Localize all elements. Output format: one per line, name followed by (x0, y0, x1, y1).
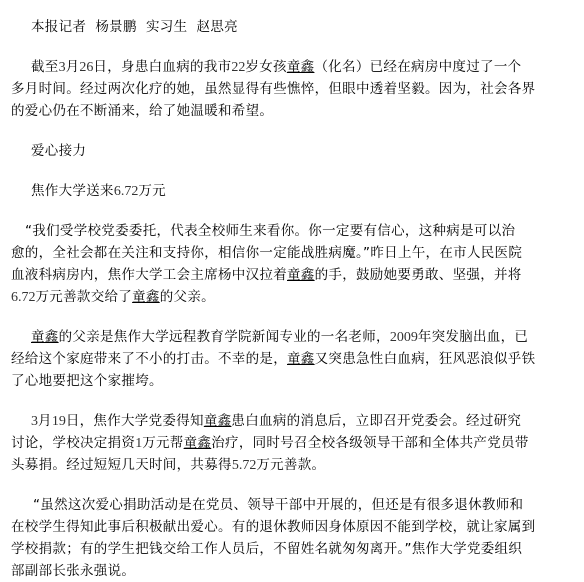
byline-text: 本报记者 杨景鹏 实习生 赵思亮 (31, 19, 238, 35)
text-line: 多月时间。经过两次化疗的她，虽然显得有些憔悴，但眼中透着坚毅。因为，社会各界 (11, 78, 535, 100)
text-segment: 日，焦作大学党委得知 (66, 413, 204, 429)
paragraph-donation: 3月19日，焦作大学党委得知童鑫患白血病的消息后，立即召开党委会。经过研究 讨论… (11, 410, 529, 476)
keyword-link-tongxin[interactable]: 童鑫 (287, 267, 315, 283)
text-line: 讨论，学校决定捐资1万元帮童鑫治疗，同时号召全校各级领导干部和全体共产党员带 (11, 432, 529, 454)
number: 6.72 (114, 184, 139, 199)
text-segment: 治疗，同时号召全校各级领导干部和全体共产党员带 (211, 435, 528, 451)
text-line: 6.72万元善款交给了童鑫的父亲。 (11, 286, 522, 308)
text-segment: 的手，鼓励她要勇敢、坚强，并将 (315, 267, 522, 283)
keyword-link-tongxin[interactable]: 童鑫 (287, 59, 315, 75)
text-line: 的爱心仍在不断涌来，给了她温暖和希望。 (11, 100, 535, 122)
paragraph-quote-official: “虽然这次爱心捐助活动是在党员、领导干部中开展的，但还是有很多退休教师和 在校学… (11, 494, 535, 582)
text-segment: 讨论，学校决定捐资 (11, 435, 135, 451)
text-segment: 万元 (138, 183, 166, 199)
paragraph-quote-visit: “我们受学校党委委托，代表全校师生来看你。你一定要有信心，这种病是可以治 愈的，… (11, 220, 522, 308)
text-segment: （化名）已经在病房中度过了一个 (314, 59, 521, 75)
section-subheading: 焦作大学送来6.72万元 (11, 180, 166, 202)
text-line: 学校捐款；有的学生把钱交给工作人员后，不留姓名就匆匆离开。”焦作大学党委组织 (11, 538, 535, 560)
text-line: 童鑫的父亲是焦作大学远程教育学院新闻专业的一名老师，2009年突发脑出血，已 (11, 326, 535, 348)
text-line: 愈的，全社会都在关注和支持你，相信你一定能战胜病魔。”昨日上午，在市人民医院 (11, 242, 522, 264)
number: 5.72 (232, 458, 257, 473)
text-segment: 焦作大学送来 (31, 183, 114, 199)
section-heading: 爱心接力 (11, 140, 86, 162)
text-line: 经给这个家庭带来了不小的打击。不幸的是，童鑫又突患急性白血病，狂风恶浪似乎铁 (11, 348, 535, 370)
keyword-link-tongxin[interactable]: 童鑫 (287, 351, 315, 367)
text-segment: 日，身患白血病的我市 (93, 59, 231, 75)
text-segment: 经给这个家庭带来了不小的打击。不幸的是， (11, 351, 287, 367)
keyword-link-tongxin[interactable]: 童鑫 (184, 435, 212, 451)
number: 26 (79, 60, 93, 75)
text-segment: 万元善款。 (256, 457, 325, 473)
text-segment: 年突发脑出血，已 (418, 329, 528, 345)
text-line: 部副部长张永强说。 (11, 560, 535, 582)
text-segment: 又突患急性白血病，狂风恶浪似乎铁 (315, 351, 536, 367)
keyword-link-tongxin[interactable]: 童鑫 (31, 329, 59, 345)
text-line: 3月19日，焦作大学党委得知童鑫患白血病的消息后，立即召开党委会。经过研究 (11, 410, 529, 432)
text-line: 血液科病房内，焦作大学工会主席杨中汉拉着童鑫的手，鼓励她要勇敢、坚强，并将 (11, 264, 522, 286)
number: 6.72 (11, 290, 36, 305)
keyword-link-tongxin[interactable]: 童鑫 (132, 289, 160, 305)
text-line: 截至3月26日，身患白血病的我市22岁女孩童鑫（化名）已经在病房中度过了一个 (11, 56, 535, 78)
text-segment: 头募捐。经过短短几天时间，共募得 (11, 457, 232, 473)
text-segment: 的父亲。 (160, 289, 215, 305)
text-line: 在校学生得知此事后积极献出爱心。有的退休教师因身体原因不能到学校，就让家属到 (11, 516, 535, 538)
number: 3 (59, 60, 66, 75)
text-segment: 万元善款交给了 (36, 289, 133, 305)
number: 3 (31, 414, 38, 429)
number: 19 (52, 414, 66, 429)
text-segment: 截至 (31, 59, 59, 75)
text-line: “虽然这次爱心捐助活动是在党员、领导干部中开展的，但还是有很多退休教师和 (11, 494, 535, 516)
text-line: 头募捐。经过短短几天时间，共募得5.72万元善款。 (11, 454, 529, 476)
paragraph-father: 童鑫的父亲是焦作大学远程教育学院新闻专业的一名老师，2009年突发脑出血，已 经… (11, 326, 535, 392)
text-line: “我们受学校党委委托，代表全校师生来看你。你一定要有信心，这种病是可以治 (11, 220, 522, 242)
text-segment: 岁女孩 (245, 59, 286, 75)
text-segment: 万元帮 (142, 435, 183, 451)
text-line: 了心地要把这个家摧垮。 (11, 370, 535, 392)
text-segment: 月 (38, 413, 52, 429)
paragraph-intro: 截至3月26日，身患白血病的我市22岁女孩童鑫（化名）已经在病房中度过了一个 多… (11, 56, 535, 122)
number: 22 (231, 60, 245, 75)
text-segment: 月 (66, 59, 80, 75)
byline: 本报记者 杨景鹏 实习生 赵思亮 (11, 16, 238, 38)
number: 2009 (390, 330, 418, 345)
text-segment: 血液科病房内，焦作大学工会主席杨中汉拉着 (11, 267, 287, 283)
keyword-link-tongxin[interactable]: 童鑫 (204, 413, 232, 429)
text-segment: 患白血病的消息后，立即召开党委会。经过研究 (231, 413, 521, 429)
text-segment: 的父亲是焦作大学远程教育学院新闻专业的一名老师， (59, 329, 390, 345)
